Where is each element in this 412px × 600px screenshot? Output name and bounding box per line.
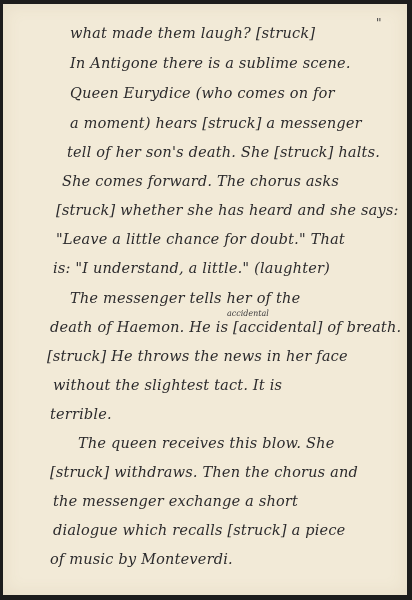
text-line: what made them laugh? [struck] [70, 26, 315, 42]
page-mark: " [376, 16, 382, 30]
text-line: is: "I understand, a little." (laughter) [53, 261, 330, 277]
text-line: She comes forward. The chorus asks [62, 174, 339, 190]
manuscript-page: " what made them laugh? [struck] In Anti… [3, 4, 407, 595]
text-line: The messenger tells her of the [70, 291, 300, 307]
text-line: tell of her son's death. She [struck] ha… [67, 145, 380, 161]
text-line: [struck] He throws the news in her face [47, 349, 348, 365]
text-line: "Leave a little chance for doubt." That [56, 232, 345, 248]
text-line: a moment) hears [struck] a messenger [70, 116, 362, 132]
text-line: death of Haemon. He is [accidental] of b… [50, 320, 401, 336]
text-line: [struck] withdraws. Then the chorus and [50, 465, 358, 481]
text-line: of music by Monteverdi. [50, 552, 233, 568]
text-line: [struck] whether she has heard and she s… [56, 203, 399, 219]
text-line: The queen receives this blow. She [78, 436, 334, 452]
text-line: without the slightest tact. It is [53, 378, 282, 394]
text-line: dialogue which recalls [struck] a piece [53, 523, 345, 539]
inserted-word: accidental [227, 309, 269, 318]
text-line: In Antigone there is a sublime scene. [70, 56, 351, 72]
text-line: the messenger exchange a short [53, 494, 298, 510]
text-line: Queen Eurydice (who comes on for [70, 86, 335, 102]
text-line: terrible. [50, 407, 112, 423]
